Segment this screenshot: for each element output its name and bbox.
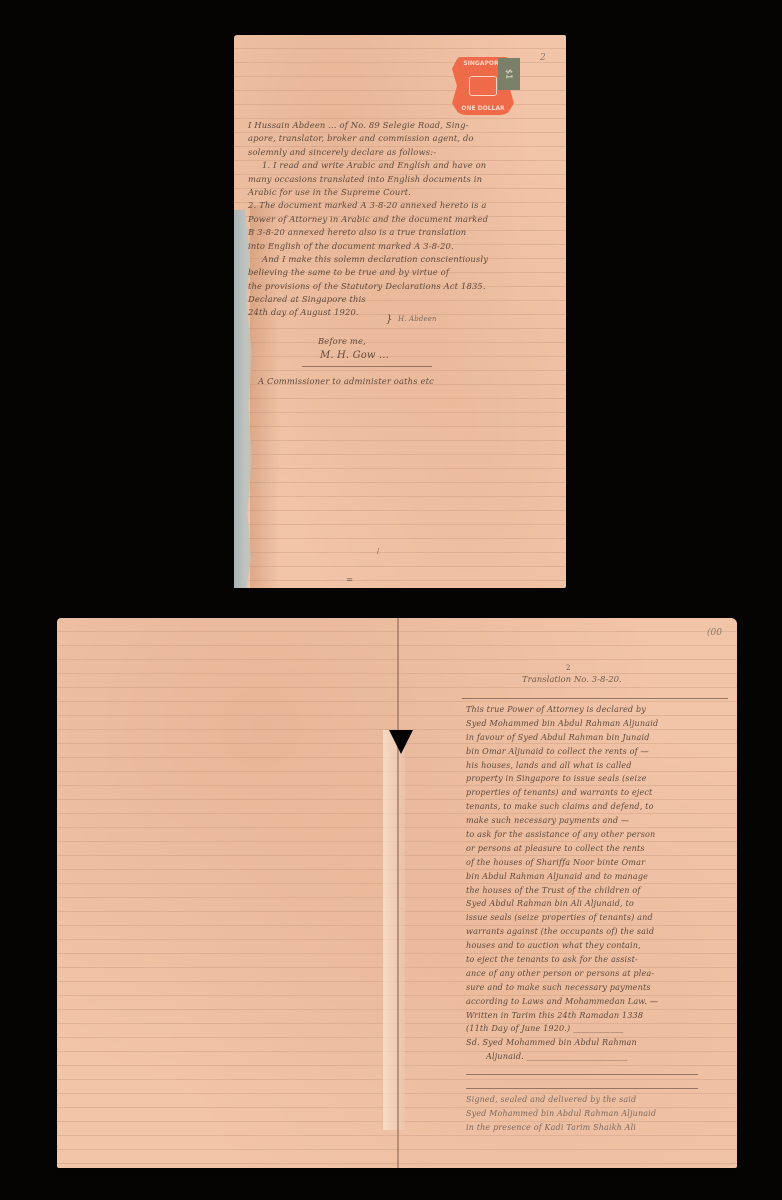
- translation-line: Sd. Syed Mohammed bin Abdul Rahman: [466, 1036, 658, 1050]
- witness-line: Signed, sealed and delivered by the said: [466, 1093, 656, 1107]
- statutory-declaration-page: SINGAPORE ONE DOLLAR $1 2 I Hussain Abde…: [234, 35, 566, 588]
- translation-line: the houses of the Trust of the children …: [466, 884, 658, 898]
- translation-line: in favour of Syed Abdul Rahman bin Junai…: [466, 731, 658, 745]
- translation-line: to eject the tenants to ask for the assi…: [466, 953, 658, 967]
- declaration-line: 24th day of August 1920.: [248, 306, 488, 319]
- declaration-line: the provisions of the Statutory Declarat…: [248, 280, 488, 293]
- stamp-country: SINGAPORE: [463, 60, 502, 67]
- translation-line: bin Omar Aljunaid to collect the rents o…: [466, 745, 658, 759]
- translation-line: issue seals (seize properties of tenants…: [466, 911, 658, 925]
- declarant-signature: H. Abdeen: [398, 313, 437, 326]
- blank-rule: [466, 1088, 698, 1089]
- declaration-line: I Hussain Abdeen ... of No. 89 Selegie R…: [248, 119, 488, 132]
- translation-line: according to Laws and Mohammedan Law. —: [466, 995, 658, 1009]
- page-mark: 2: [566, 664, 570, 672]
- corner-page-note: 2: [540, 53, 546, 63]
- declaration-line: Power of Attorney in Arabic and the docu…: [248, 213, 488, 226]
- ink-mark: ⁝: [376, 545, 379, 558]
- pencil-mark: =: [346, 573, 353, 586]
- declaration-line: into English of the document marked A 3-…: [248, 240, 488, 253]
- translation-text: This true Power of Attorney is declared …: [466, 703, 658, 1064]
- translation-line: sure and to make such necessary payments: [466, 981, 658, 995]
- corner-page-note: (00: [707, 628, 722, 638]
- commissioner-signature: M. H. Gow ...: [320, 349, 389, 362]
- declaration-line: Declared at Singapore this: [248, 293, 488, 306]
- translation-line: property in Singapore to issue seals (se…: [466, 772, 658, 786]
- translation-line: Syed Mohammed bin Abdul Rahman Aljunaid: [466, 717, 658, 731]
- translation-line: or persons at pleasure to collect the re…: [466, 842, 658, 856]
- declaration-text: I Hussain Abdeen ... of No. 89 Selegie R…: [248, 119, 488, 320]
- adhesive-revenue-stamp: $1: [498, 58, 520, 90]
- declaration-line: apore, translator, broker and commission…: [248, 132, 488, 145]
- translation-line: warrants against (the occupants of) the …: [466, 925, 658, 939]
- declaration-line: And I make this solemn declaration consc…: [248, 253, 488, 266]
- translation-line: This true Power of Attorney is declared …: [466, 703, 658, 717]
- translation-line: houses and to auction what they contain,: [466, 939, 658, 953]
- translation-line: tenants, to make such claims and defend,…: [466, 800, 658, 814]
- translation-line: to ask for the assistance of any other p…: [466, 828, 658, 842]
- declaration-line: believing the same to be true and by vir…: [248, 266, 488, 279]
- center-tear: [383, 730, 405, 1130]
- signature-rule: [302, 366, 432, 367]
- stamp-emblem-icon: [469, 76, 497, 96]
- center-fold: [397, 618, 399, 1168]
- blank-rule: [466, 1074, 698, 1075]
- translation-line: (11th Day of June 1920.) ____________: [466, 1022, 658, 1036]
- before-me-label: Before me,: [318, 335, 366, 348]
- title-rule: [462, 698, 728, 699]
- translation-line: make such necessary payments and —: [466, 814, 658, 828]
- stamp-value: ONE DOLLAR: [461, 105, 504, 112]
- witness-line: Syed Mohammed bin Abdul Rahman Aljunaid: [466, 1107, 656, 1121]
- declaration-line: B 3-8-20 annexed hereto also is a true t…: [248, 226, 488, 239]
- translation-line: bin Abdul Rahman Aljunaid and to manage: [466, 870, 658, 884]
- declaration-line: many occasions translated into English d…: [248, 173, 488, 186]
- declaration-line: solemnly and sincerely declare as follow…: [248, 146, 488, 159]
- translation-line: Aljunaid. ________________________: [466, 1050, 658, 1064]
- translation-line: of the houses of Shariffa Noor binte Oma…: [466, 856, 658, 870]
- witness-line: in the presence of Kadi Tarim Shaikh Ali: [466, 1121, 656, 1135]
- translation-line: ance of any other person or persons at p…: [466, 967, 658, 981]
- translation-line: his houses, lands and all what is called: [466, 759, 658, 773]
- witness-text: Signed, sealed and delivered by the said…: [466, 1093, 656, 1135]
- brace-icon: }: [386, 313, 393, 326]
- declaration-line: 1. I read and write Arabic and English a…: [248, 159, 488, 172]
- commissioner-title: A Commissioner to administer oaths etc: [258, 375, 434, 388]
- declaration-line: 2. The document marked A 3-8-20 annexed …: [248, 199, 488, 212]
- declaration-line: Arabic for use in the Supreme Court.: [248, 186, 488, 199]
- translation-line: Syed Abdul Rahman bin Ali Aljunaid, to: [466, 897, 658, 911]
- translation-line: properties of tenants) and warrants to e…: [466, 786, 658, 800]
- translation-title: Translation No. 3-8-20.: [522, 675, 622, 685]
- translation-line: Written in Tarim this 24th Ramadan 1338: [466, 1009, 658, 1023]
